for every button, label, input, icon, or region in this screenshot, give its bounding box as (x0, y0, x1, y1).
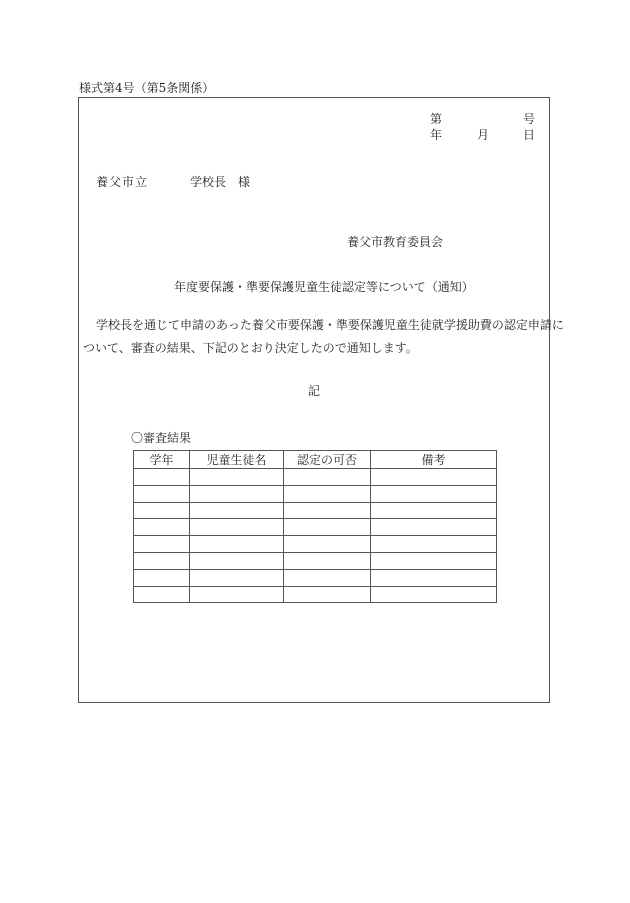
cell-remarks (371, 485, 497, 502)
doc-number-suffix: 号 (523, 112, 535, 126)
results-heading: 〇審査結果 (131, 431, 191, 445)
cell-grade (134, 502, 190, 519)
date-month-label: 月 (477, 128, 489, 142)
table-row (134, 569, 497, 586)
body-text-line-2: ついて、審査の結果、下記のとおり決定したので通知します。 (83, 341, 418, 355)
document-subject: 年度要保護・準要保護児童生徒認定等について（通知） (174, 280, 474, 294)
table-row (134, 502, 497, 519)
table-row (134, 552, 497, 569)
column-header-remarks: 備考 (371, 451, 497, 469)
document-frame (78, 97, 550, 703)
table-row (134, 519, 497, 536)
cell-grade (134, 552, 190, 569)
cell-remarks (371, 536, 497, 553)
cell-grade (134, 586, 190, 603)
cell-remarks (371, 569, 497, 586)
column-header-grade: 学年 (134, 451, 190, 469)
cell-approval (284, 485, 371, 502)
cell-approval (284, 586, 371, 603)
cell-student-name (190, 552, 284, 569)
addressee-title: 学校長 様 (190, 175, 250, 189)
cell-approval (284, 502, 371, 519)
cell-remarks (371, 502, 497, 519)
date-year-label: 年 (430, 128, 442, 142)
cell-remarks (371, 586, 497, 603)
column-header-approval: 認定の可否 (284, 451, 371, 469)
sender-name: 養父市教育委員会 (347, 235, 443, 249)
cell-student-name (190, 536, 284, 553)
column-header-student-name: 児童生徒名 (190, 451, 284, 469)
body-text-line-1: 学校長を通じて申請のあった養父市要保護・準要保護児童生徒就学援助費の認定申請に (96, 318, 564, 332)
cell-approval (284, 536, 371, 553)
cell-approval (284, 469, 371, 486)
table-row (134, 469, 497, 486)
cell-student-name (190, 569, 284, 586)
cell-student-name (190, 469, 284, 486)
table-row (134, 485, 497, 502)
doc-number-prefix: 第 (430, 112, 442, 126)
cell-student-name (190, 519, 284, 536)
cell-grade (134, 519, 190, 536)
cell-grade (134, 469, 190, 486)
addressee-school: 養父市立 (96, 175, 148, 189)
cell-grade (134, 536, 190, 553)
table-row (134, 586, 497, 603)
cell-grade (134, 485, 190, 502)
cell-approval (284, 569, 371, 586)
cell-grade (134, 569, 190, 586)
cell-student-name (190, 485, 284, 502)
ki-heading: 記 (308, 384, 320, 398)
cell-remarks (371, 519, 497, 536)
cell-approval (284, 552, 371, 569)
cell-student-name (190, 586, 284, 603)
table-header-row: 学年 児童生徒名 認定の可否 備考 (134, 451, 497, 469)
cell-remarks (371, 469, 497, 486)
date-day-label: 日 (523, 128, 535, 142)
cell-student-name (190, 502, 284, 519)
table-row (134, 536, 497, 553)
form-number-label: 様式第4号（第5条関係） (79, 81, 214, 95)
cell-approval (284, 519, 371, 536)
cell-remarks (371, 552, 497, 569)
results-table: 学年 児童生徒名 認定の可否 備考 (133, 450, 497, 603)
